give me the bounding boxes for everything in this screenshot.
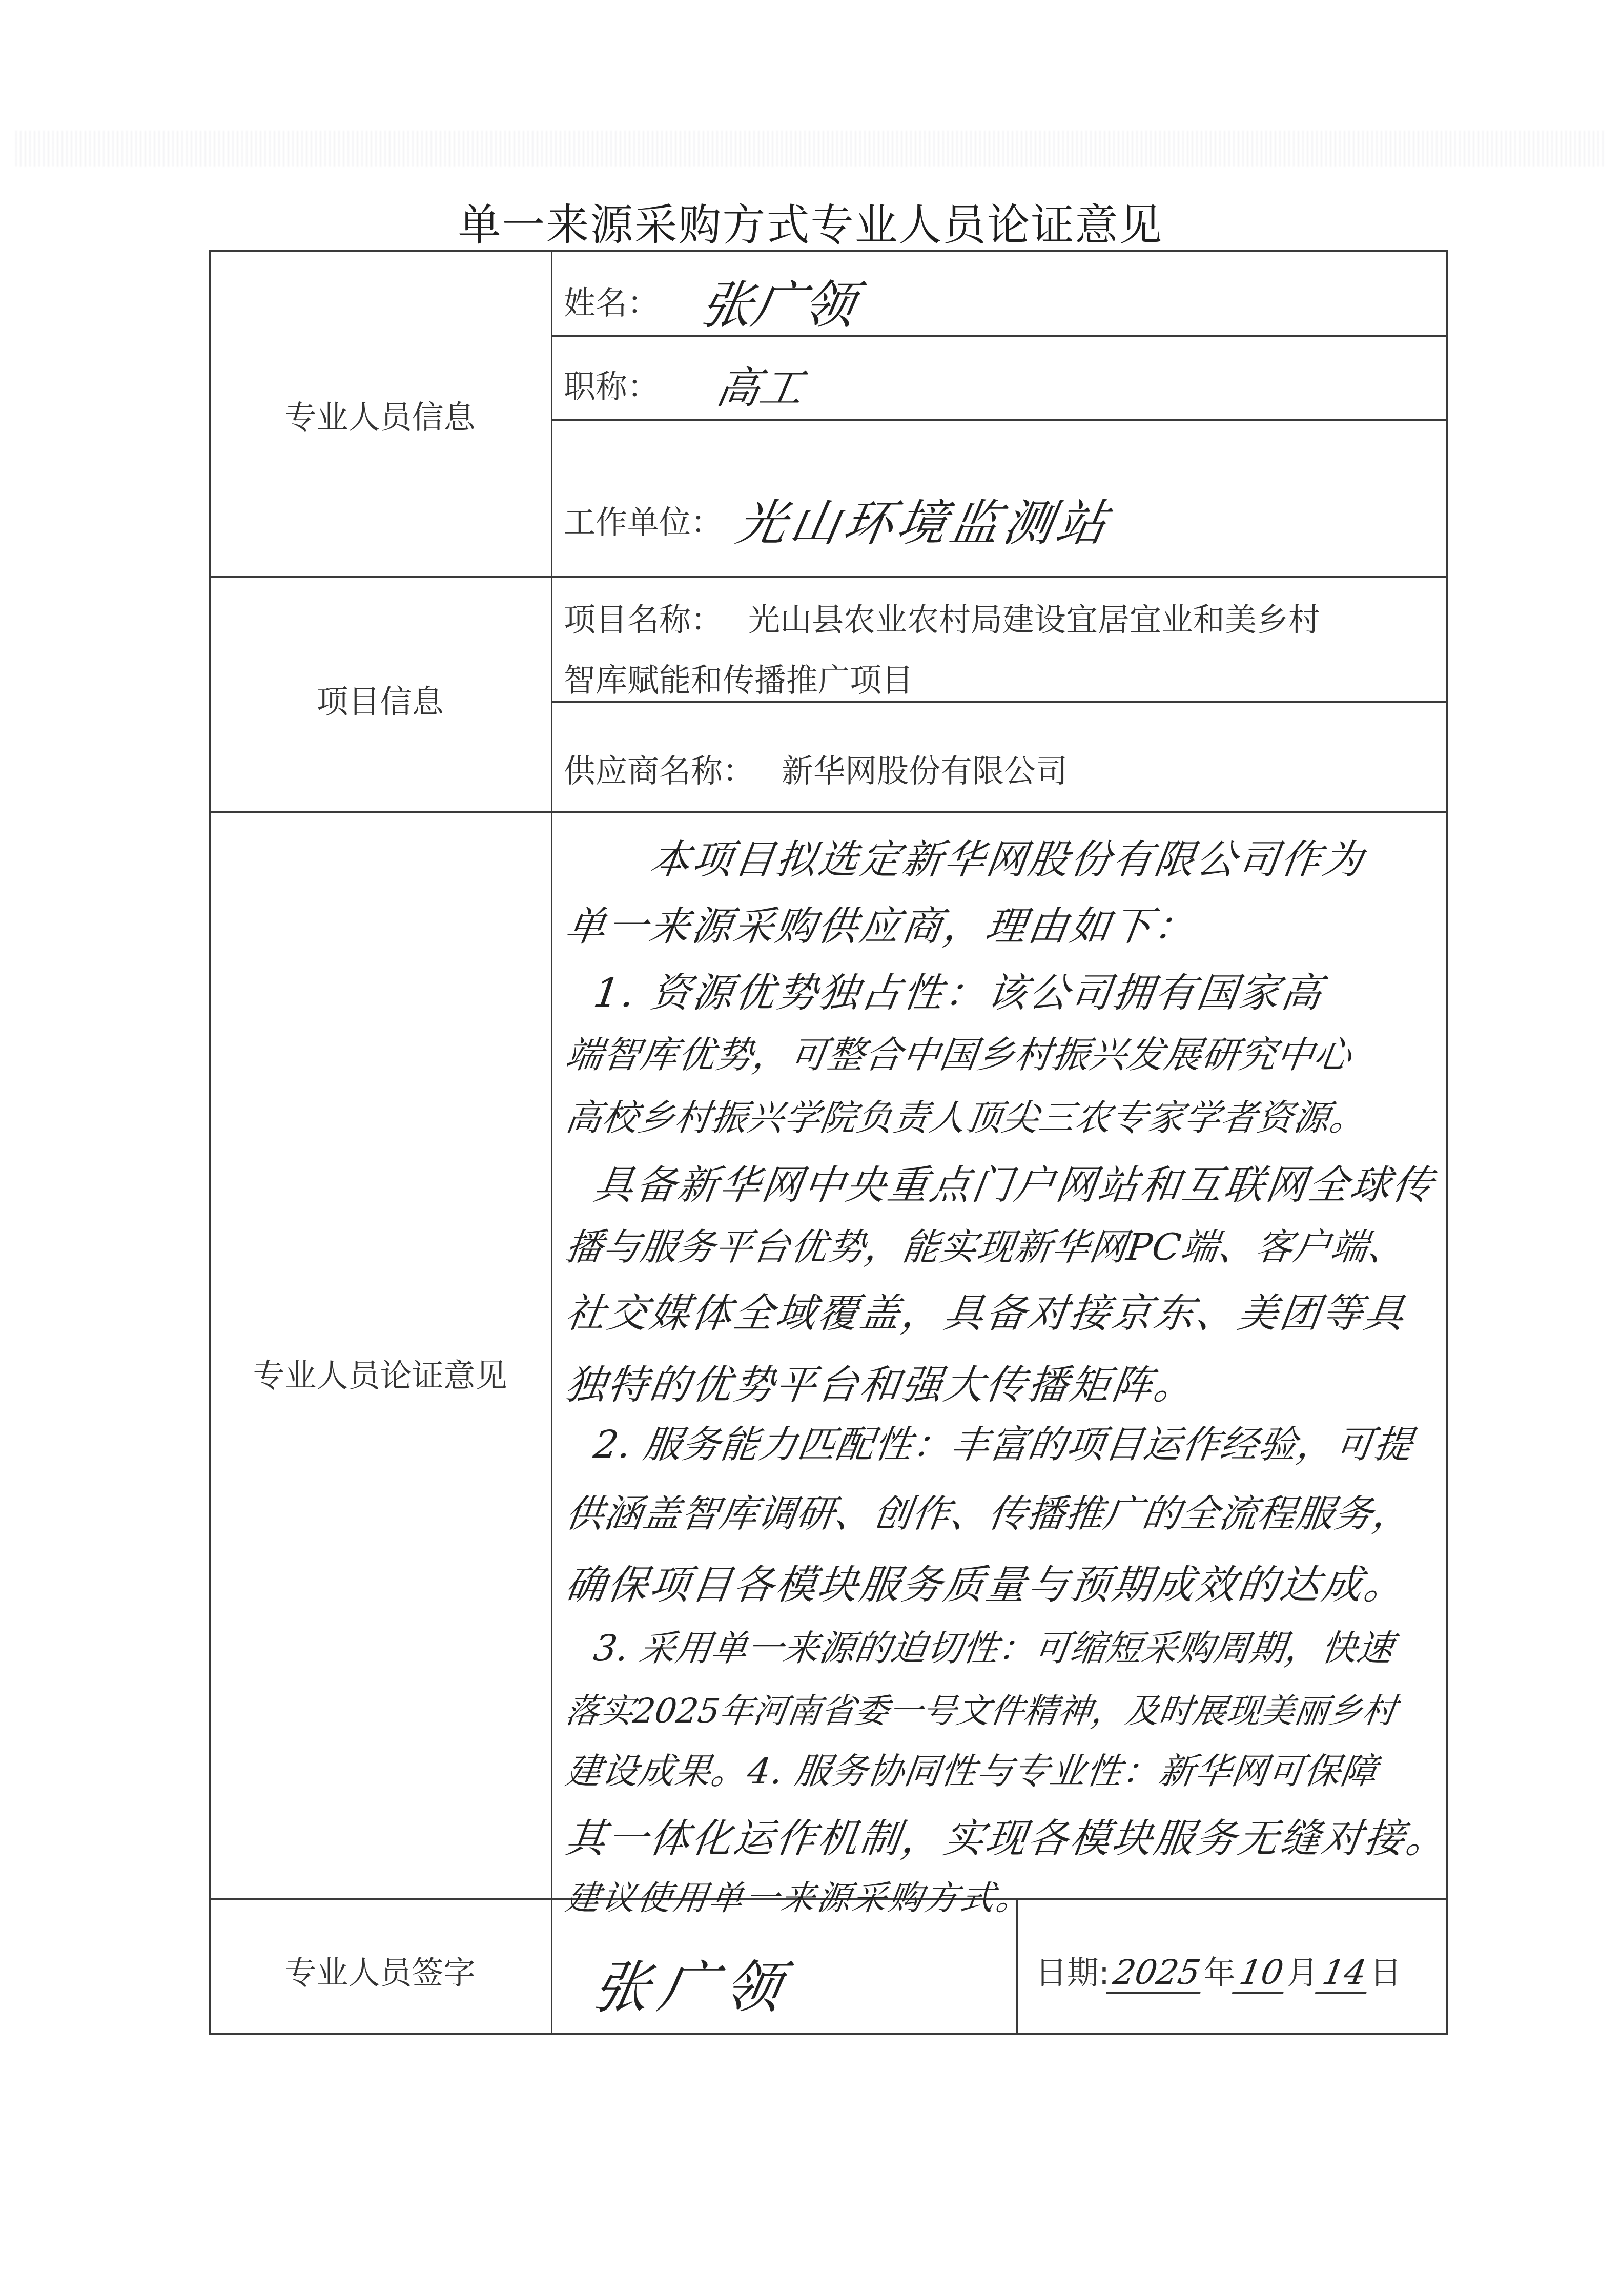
- workplace-value: 光山环境监测站: [732, 484, 1117, 555]
- opinion-line: 3. 采用单一来源的迫切性：可缩短采购周期，快速: [591, 1619, 1397, 1671]
- opinion-line: 2. 服务能力匹配性：丰富的项目运作经验，可提: [591, 1414, 1417, 1469]
- row-divider: [551, 419, 1448, 421]
- opinion-line: 本项目拟选定新华网股份有限公司作为: [647, 828, 1369, 885]
- project-name-line1: 光山县农业农村局建设宜居宜业和美乡村: [748, 594, 1320, 640]
- opinion-line: 其一体化运作机制，实现各模块服务无缝对接。: [562, 1807, 1453, 1864]
- opinion-line: 落实2025年河南省委一号文件精神，及时展现美丽乡村: [563, 1684, 1400, 1732]
- supplier-label: 供应商名称：: [564, 746, 754, 791]
- date-day-suffix: 日: [1370, 1954, 1402, 1992]
- opinion-line: 独特的优势平台和强大传播矩阵。: [562, 1353, 1201, 1410]
- document-title: 单一来源采购方式专业人员论证意见: [0, 191, 1621, 253]
- opinion-label: 专业人员论证意见: [209, 1350, 551, 1396]
- opinion-line: 单一来源采购供应商，理由如下：: [562, 894, 1201, 952]
- title-label: 职称：: [564, 361, 659, 407]
- date-field: 日期:2025年10月14日: [1035, 1947, 1402, 1994]
- date-year: 2025: [1106, 1953, 1207, 1994]
- title-value: 高工: [712, 354, 809, 416]
- opinion-line: 社交媒体全域覆盖，具备对接京东、美团等具: [562, 1281, 1411, 1339]
- date-month-suffix: 月: [1287, 1954, 1319, 1992]
- opinion-line: 高校乡村振兴学院负责人顶尖三农专家学者资源。: [563, 1089, 1370, 1141]
- column-divider: [551, 250, 552, 2035]
- date-month: 10: [1232, 1953, 1290, 1994]
- row-divider: [551, 701, 1448, 703]
- section-divider: [209, 811, 1448, 813]
- date-label: 日期:: [1035, 1954, 1110, 1992]
- opinion-line: 供涵盖智库调研、创作、传播推广的全流程服务，: [563, 1484, 1416, 1538]
- opinion-line: 建议使用单一来源采购方式。: [563, 1871, 1036, 1919]
- opinion-line: 1. 资源优势独占性：该公司拥有国家高: [590, 961, 1328, 1018]
- workplace-label: 工作单位：: [564, 497, 723, 543]
- opinion-line: 具备新华网中央重点门户网站和互联网全球传: [590, 1153, 1439, 1211]
- signature-value: 张广领: [587, 1942, 798, 2023]
- opinion-line: 端智库优势，可整合中国乡村振兴发展研究中心: [563, 1025, 1356, 1078]
- name-value: 张广领: [695, 264, 862, 338]
- date-day: 14: [1315, 1953, 1373, 1994]
- supplier-value: 新华网股份有限公司: [782, 746, 1068, 791]
- date-year-suffix: 年: [1204, 1954, 1236, 1992]
- project-name-line2: 智库赋能和传播推广项目: [564, 655, 913, 701]
- section-divider: [209, 576, 1448, 578]
- opinion-line: 确保项目各模块服务质量与预期成效的达成。: [562, 1553, 1411, 1610]
- signature-label: 专业人员签字: [209, 1947, 551, 1993]
- opinion-line: 播与服务平台优势，能实现新华网PC端、客户端、: [563, 1217, 1410, 1270]
- row-divider: [551, 335, 1448, 337]
- project-name-label: 项目名称：: [564, 594, 723, 640]
- expert-info-label: 专业人员信息: [209, 392, 551, 438]
- name-label: 姓名：: [564, 278, 659, 323]
- scan-artifact: [15, 131, 1604, 167]
- project-info-label: 项目信息: [209, 676, 551, 722]
- opinion-line: 建设成果。4. 服务协同性与专业性：新华网可保障: [563, 1742, 1381, 1794]
